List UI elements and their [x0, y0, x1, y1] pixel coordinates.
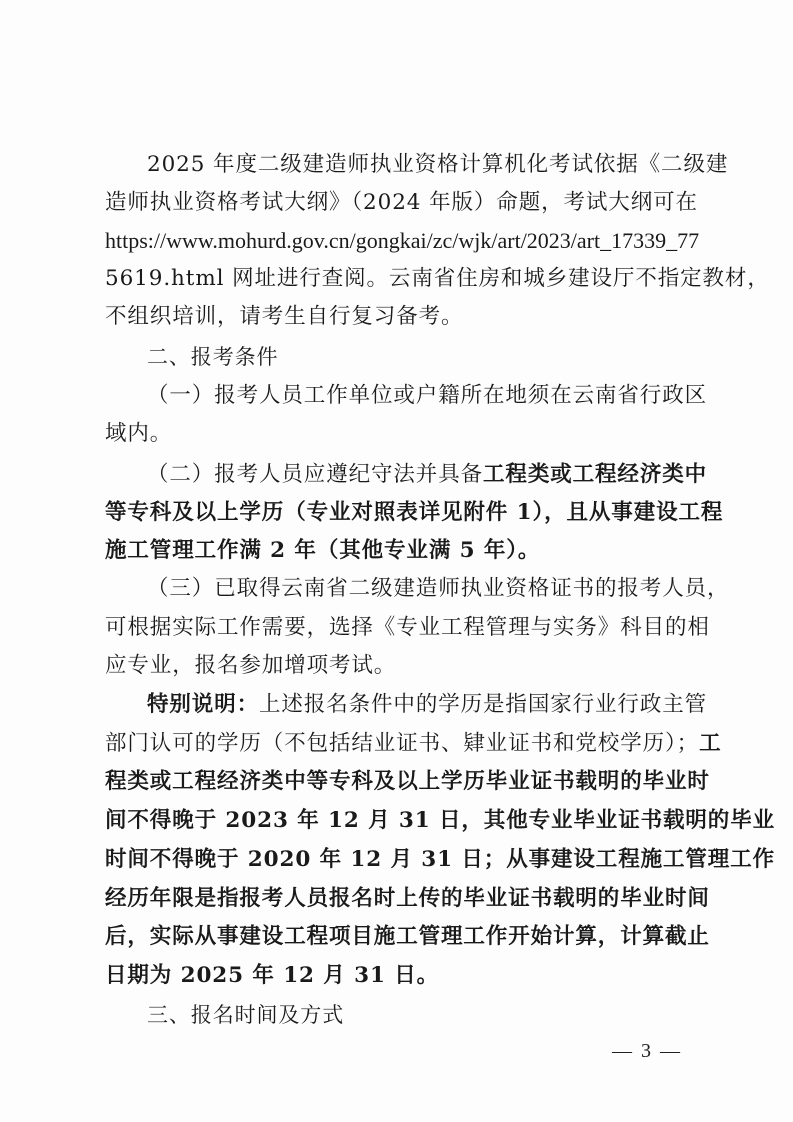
condition-1-line-1: （一）报考人员工作单位或户籍所在地须在云南省行政区 [147, 377, 689, 415]
condition-2-line-2: 等专科及以上学历（专业对照表详见附件 1），且从事建设工程 [105, 494, 689, 532]
condition-2-line-3: 施工管理工作满 2 年（其他专业满 5 年）。 [105, 532, 689, 570]
note-line-2-bold: 工 [699, 731, 721, 756]
page-number: — 3 — [612, 1040, 682, 1063]
note-line-2: 部门认可的学历（不包括结业证书、肄业证书和党校学历）；工 [105, 725, 689, 763]
note-line-4: 间不得晚于 2023 年 12 月 31 日，其他专业毕业证书载明的毕业 [105, 802, 689, 840]
note-label: 特别说明： [147, 692, 259, 717]
condition-2-text: （二）报考人员应遵纪守法并具备 [147, 462, 483, 487]
condition-2-bold-text: 工程类或工程经济类中 [483, 462, 707, 487]
condition-2-line-1: （二）报考人员应遵纪守法并具备工程类或工程经济类中 [147, 456, 689, 494]
syllabus-url[interactable]: https://www.mohurd.gov.cn/gongkai/zc/wjk… [105, 222, 689, 260]
intro-line-4: 5619.html 网址进行查阅。云南省住房和城乡建设厅不指定教材， [105, 260, 689, 298]
condition-3-line-2: 可根据实际工作需要，选择《专业工程管理与实务》科目的相 [105, 609, 689, 647]
note-line-8: 日期为 2025 年 12 月 31 日。 [105, 957, 689, 995]
section-heading-2: 二、报考条件 [147, 338, 689, 376]
note-line-1: 特别说明：上述报名条件中的学历是指国家行业行政主管 [147, 686, 689, 724]
section-heading-3: 三、报名时间及方式 [147, 996, 689, 1034]
intro-line-5: 不组织培训，请考生自行复习备考。 [105, 298, 689, 336]
condition-3-line-3: 应专业，报名参加增项考试。 [105, 647, 689, 685]
note-line-3: 程类或工程经济类中等专科及以上学历毕业证书载明的毕业时 [105, 763, 689, 801]
intro-line-2: 造师执业资格考试大纲》（2024 年版）命题，考试大纲可在 [105, 184, 689, 222]
intro-line-1: 2025 年度二级建造师执业资格计算机化考试依据《二级建 [147, 146, 689, 184]
condition-3-line-1: （三）已取得云南省二级建造师执业资格证书的报考人员， [147, 570, 689, 608]
note-line-7: 后，实际从事建设工程项目施工管理工作开始计算，计算截止 [105, 918, 689, 956]
note-line-6: 经历年限是指报考人员报名时上传的毕业证书载明的毕业时间 [105, 880, 689, 918]
note-line-5: 时间不得晚于 2020 年 12 月 31 日；从事建设工程施工管理工作 [105, 841, 689, 879]
note-text: 上述报名条件中的学历是指国家行业行政主管 [259, 692, 707, 717]
note-line-2-text: 部门认可的学历（不包括结业证书、肄业证书和党校学历）； [105, 731, 699, 756]
document-page: 2025 年度二级建造师执业资格计算机化考试依据《二级建 造师执业资格考试大纲》… [0, 0, 793, 1122]
condition-1-line-2: 域内。 [105, 415, 689, 453]
